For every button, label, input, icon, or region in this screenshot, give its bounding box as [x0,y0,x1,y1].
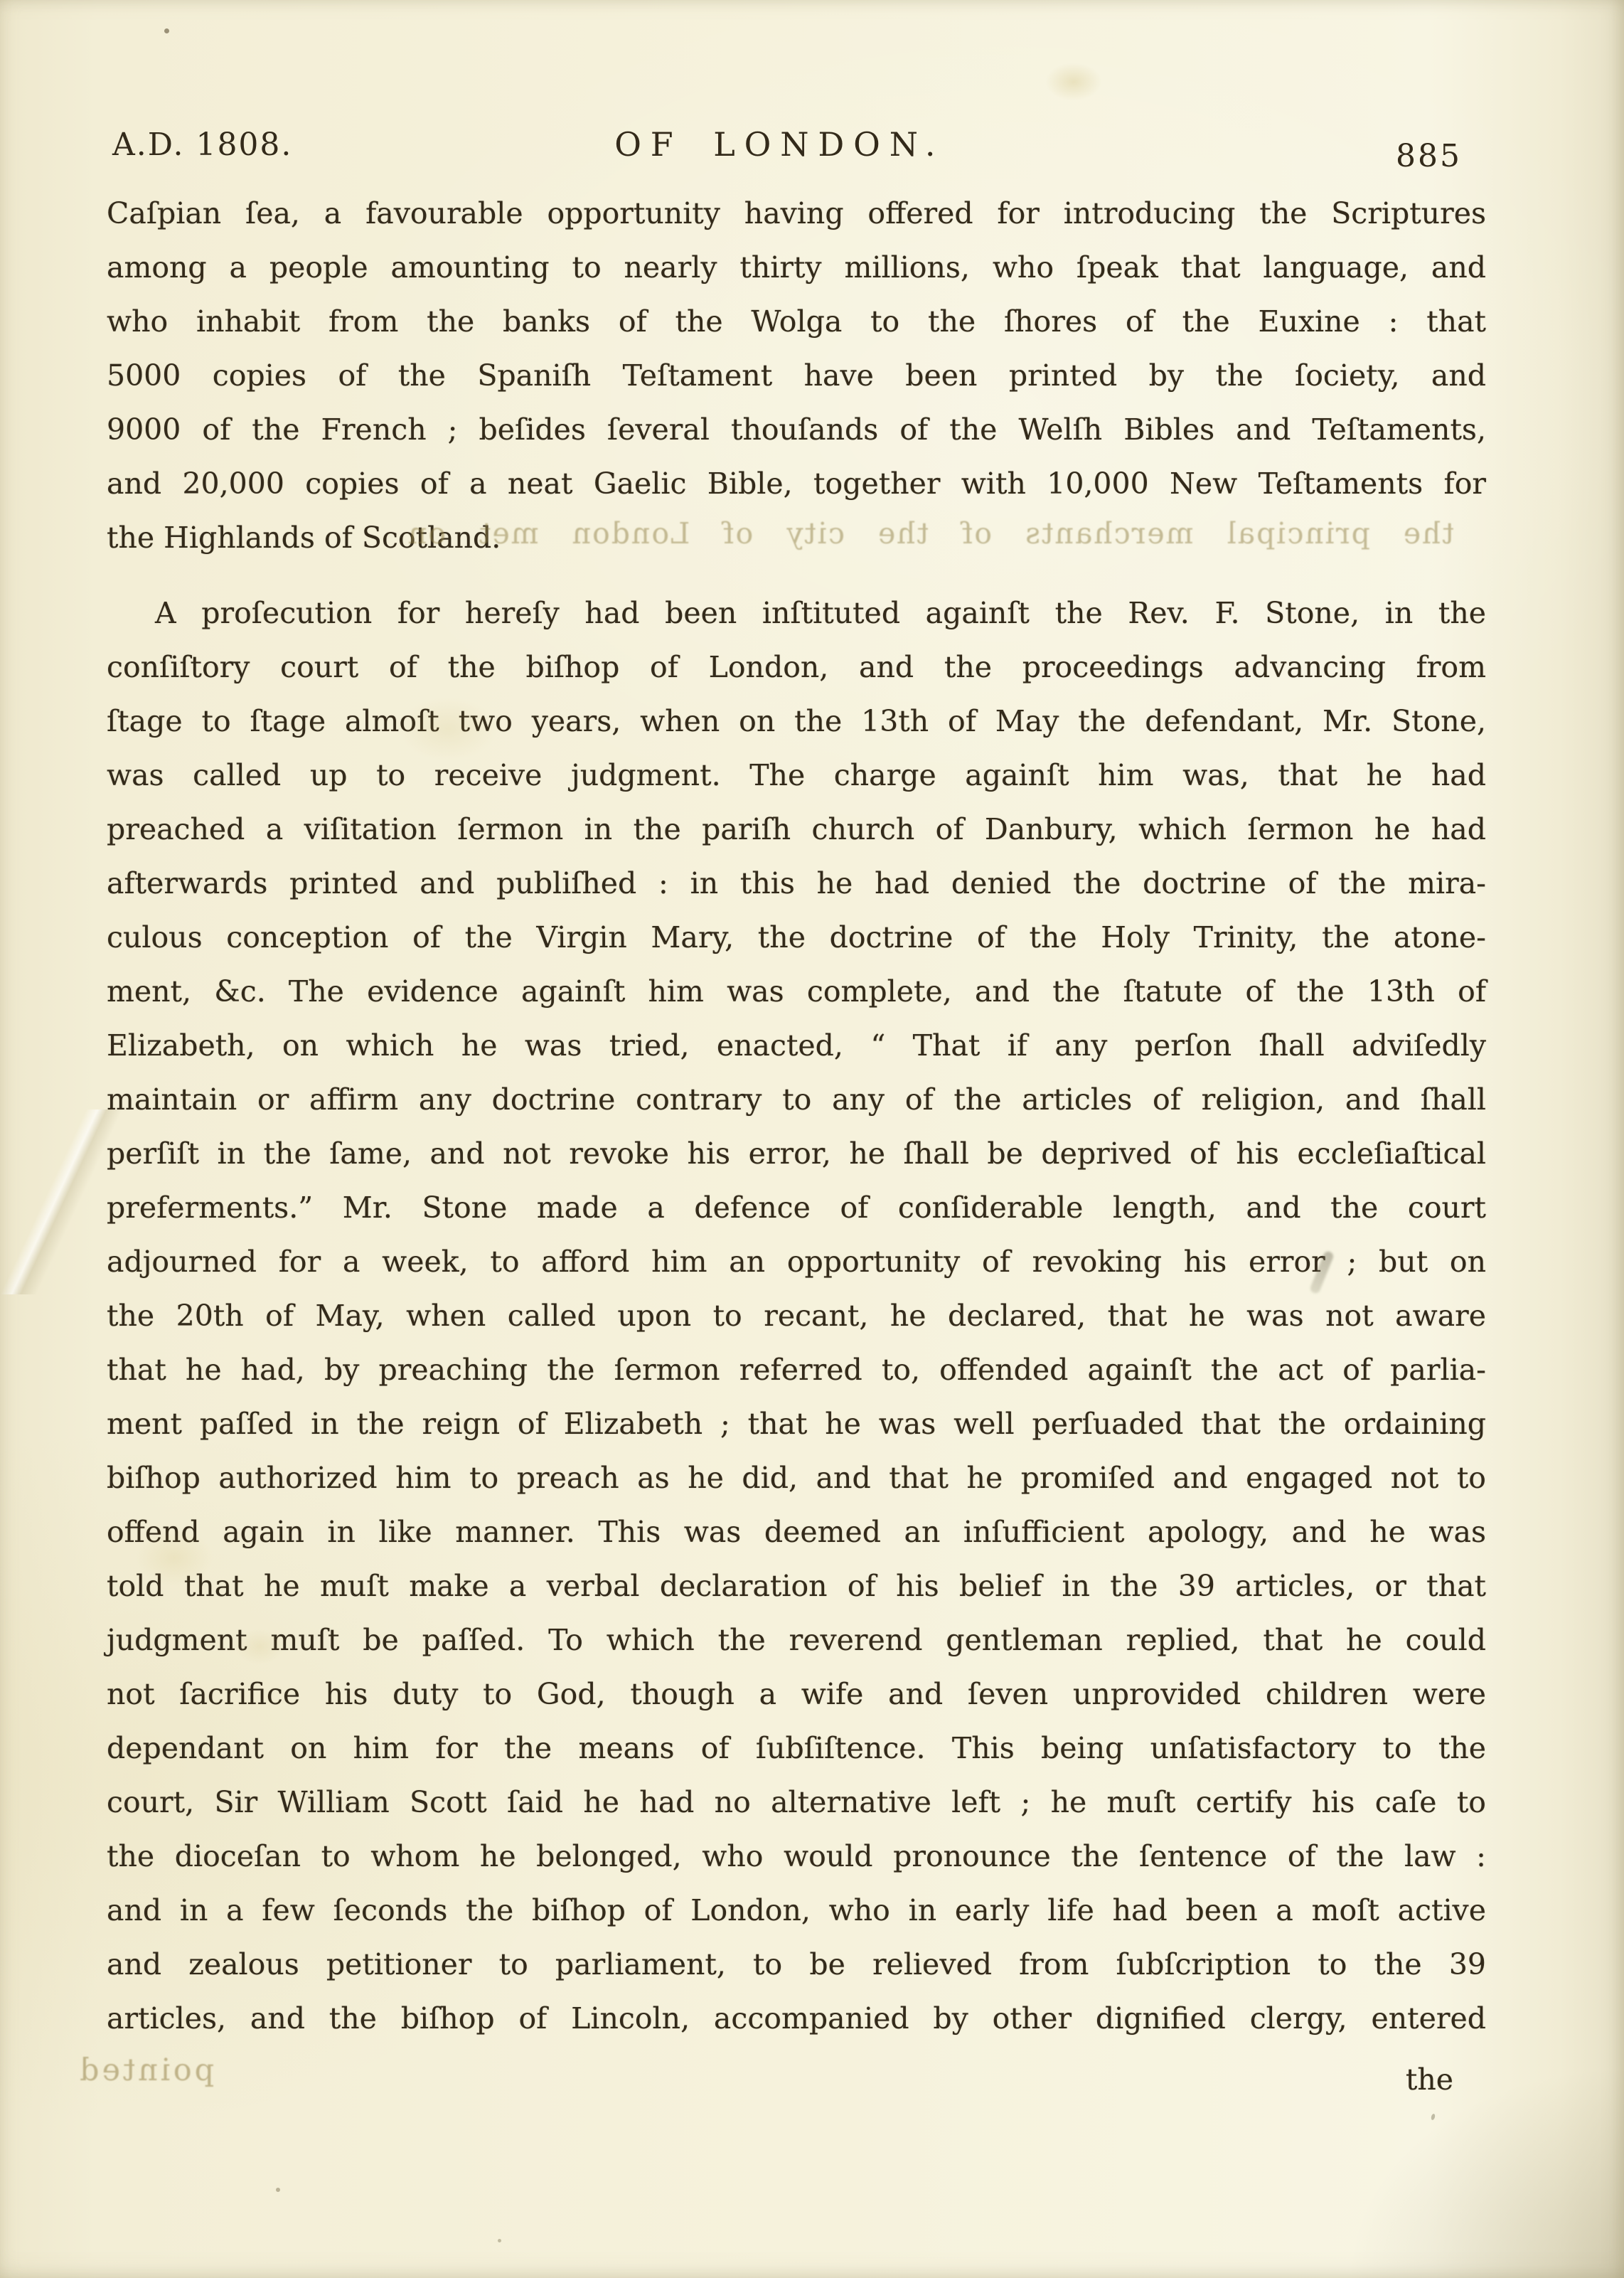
page-header: A.D. 1808. OF LONDON. 885 [0,119,1624,183]
text-line: and zealous petitioner to parliament, to… [107,1937,1486,1991]
text-line: not ſacrifice his duty to God, though a … [107,1667,1486,1721]
header-date: A.D. 1808. [112,127,292,163]
text-line: ment, &c. The evidence againſt him was c… [107,964,1486,1018]
text-line: offend again in like manner. This was de… [107,1505,1486,1559]
text-line: afterwards printed and publiſhed : in th… [107,856,1486,910]
text-line: adjourned for a week, to afford him an o… [107,1235,1486,1289]
text-block: Caſpian ſea, a favourable opportunity ha… [107,186,1486,2045]
text-line: articles, and the biſhop of Lincoln, acc… [107,1991,1486,2045]
page-number: 885 [1396,138,1462,174]
paper-speck [276,2188,280,2192]
paper-stain [1045,63,1102,101]
text-line: preferments.” Mr. Stone made a defence o… [107,1181,1486,1235]
text-line: 9000 of the French ; beſides ſeveral tho… [107,403,1486,457]
text-line: the Highlands of Scotland. [107,511,1486,565]
text-line: dependant on him for the means of ſubſiſ… [107,1721,1486,1775]
text-line: who inhabit from the banks of the Wolga … [107,294,1486,348]
catchword-block: the [107,2053,1486,2107]
text-line: court, Sir William Scott ſaid he had no … [107,1775,1486,1829]
text-line: was called up to receive judgment. The c… [107,748,1486,802]
text-line: culous conception of the Virgin Mary, th… [107,910,1486,964]
text-line: and in a few ſeconds the biſhop of Londo… [107,1883,1486,1937]
book-page: A.D. 1808. OF LONDON. 885 Caſpian ſea, a… [0,0,1624,2278]
running-title: OF LONDON. [614,125,944,164]
text-line: that he had, by preaching the ſermon ref… [107,1343,1486,1397]
text-line: judgment muſt be paſſed. To which the re… [107,1613,1486,1667]
paper-speck [498,2239,501,2242]
text-line: the 20th of May, when called upon to rec… [107,1289,1486,1343]
text-line: perſiſt in the ſame, and not revoke his … [107,1127,1486,1181]
text-line: Caſpian ſea, a favourable opportunity ha… [107,186,1486,240]
text-line: among a people amounting to nearly thirt… [107,240,1486,294]
text-line: ment paſſed in the reign of Elizabeth ; … [107,1397,1486,1451]
text-line: told that he muſt make a verbal declarat… [107,1559,1486,1613]
paper-speck [1431,2114,1436,2121]
text-line: conſiſtory court of the biſhop of London… [107,640,1486,694]
text-line: and 20,000 copies of a neat Gaelic Bible… [107,457,1486,511]
paper-speck [164,28,169,33]
text-line: preached a viſitation ſermon in the pari… [107,802,1486,856]
paragraph-scriptures: Caſpian ſea, a favourable opportunity ha… [107,186,1486,565]
catchword: the [107,2053,1486,2107]
text-line: the dioceſan to whom he belonged, who wo… [107,1829,1486,1883]
text-line: Elizabeth, on which he was tried, enacte… [107,1018,1486,1073]
text-line: 5000 copies of the Spaniſh Teſtament hav… [107,348,1486,403]
text-line: A proſecution for hereſy had been inſtit… [107,586,1486,640]
paragraph-stone-prosecution: A proſecution for hereſy had been inſtit… [107,586,1486,2045]
text-line: maintain or affirm any doctrine contrary… [107,1073,1486,1127]
text-line: ſtage to ſtage almoſt two years, when on… [107,694,1486,748]
text-line: biſhop authorized him to preach as he di… [107,1451,1486,1505]
